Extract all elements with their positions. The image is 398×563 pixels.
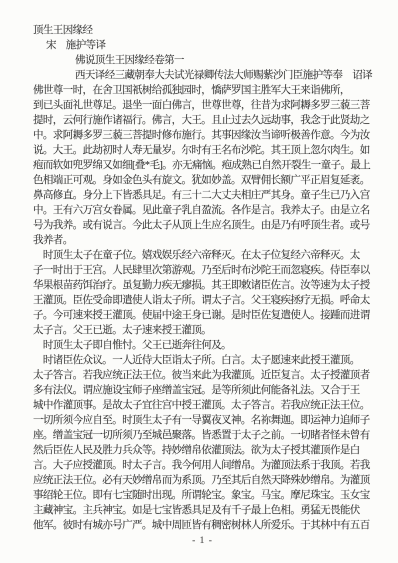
text-line: 中。王有六万宫女眷属。见此童子乳自盈流。各作是言。我养太子。由是立名	[33, 203, 372, 218]
text-line: 座。缯盖宝冠一切所须乃至城邑聚落。皆悉置于太子之前。一切睹者怪未曾有	[33, 428, 372, 443]
text-line: 鼻高修直。身分上下皆悉具足。有三十二大丈夫相庄严其身。童子生已乃入宫	[33, 188, 372, 203]
text-line: 华果根苗药饵治疗。虽复勤力疾无瘳损。其王即敕诸臣佐言。汝等速为太子授	[33, 278, 372, 293]
text-line: 佛世尊一时，在舍卫国祇树给孤独园时，憍萨罗国主胜军大王来诣佛所，	[33, 83, 372, 98]
text-line: 时顶生太子在童子位。嬉戏娱乐经六帝释灭。在太子位复经六帝释灭。太	[33, 248, 372, 263]
text-line: 太子答言。若我应统正法王位。彼当来此为我灌顶。近臣复言。太子授灌顶者	[33, 368, 372, 383]
text-line: 应统正法王位。必有天妙缯帛而为系顶。乃至其后自然天降殊妙缯帛。为灌顶	[33, 473, 372, 488]
text-line: 然后臣佐人民及胜力兵众等。持妙缯帛依灌顶法。欲为太子授其灌顶作是白	[33, 443, 372, 458]
text-line: 色相端正可观。身如金色头有旋文。犹如妙盖。双臂佣长额广平正眉复延袤。	[33, 173, 372, 188]
page-number: - 1 -	[33, 536, 372, 546]
text-line: 疱而软如兜罗绵又如细[叠*毛]。亦无痛恼。疱成熟已自然开裂生一童子。最上	[33, 158, 372, 173]
text-line: 时顶生太子即自惟忖。父王已逝奔往何及。	[33, 338, 372, 353]
text-line: 言。大子应授灌顶。时太子言。我今何用人间缯帛。为灌顶法系于我顶。若我	[33, 458, 372, 473]
text-line: 子一时出于王宫。人民肆里次第游观。乃至后时布沙陀王而忽寝疾。侍臣奉以	[33, 263, 372, 278]
text-line: 王灌顶。臣佐受命即遣使人诣太子所。谓太子言。父王寝疾拯疗无损。呼命太	[33, 293, 372, 308]
text-line: 事绍轮王位。即有七宝随时出现。所谓轮宝。象宝。马宝。摩尼珠宝。玉女宝	[33, 488, 372, 503]
text-line: 时诸臣佐众议。一人近侍大臣诣太子所。白言。太子愿速来此授王灌顶。	[33, 353, 372, 368]
text-line: 中。求阿耨多罗三藐三菩提时修布施行。其事因缘汝当谛听极善作意。今为汝	[33, 128, 372, 143]
text-line: 太子言。父王已逝。太子速来授王灌顶。	[33, 323, 372, 338]
text-line: 号为我养。或有说言。今此太子从顶上生应名顶生。由是乃有呼顶生者。或号	[33, 218, 372, 233]
text-line: 子。今可速来授王灌顶。使届中途王身已谢。是时臣佐复遣使人。接踵而进谓	[33, 308, 372, 323]
text-line: 主藏神宝。主兵神宝。如是七宝皆悉具足及有千子最上色相。勇猛无畏能伏	[33, 503, 372, 518]
scroll-title: 佛说顶生王因缘经卷第一	[75, 53, 372, 68]
text-line: 到已头面礼世尊足。退坐一面白佛言，世尊世尊，往昔为求阿耨多罗三藐三菩	[33, 98, 372, 113]
text-line: 多有法仪。谓应施设宝师子座缯盖宝冠。是等所须此何能备礼法。又合于王	[33, 383, 372, 398]
text-line: 提时，云何行施作诸福行。佛言，大王。且止过去久远劫事，我念于此贤劫之	[33, 113, 372, 128]
text-block: 顶生王因缘经 宋 施护等译 佛说顶生王因缘经卷第一 西天译经三藏朝奉大夫试光禄卿…	[0, 0, 398, 546]
text-line: 城中作灌顶事。是故太子宜往宫中授王灌顶。太子答言。若我应统正法王位。	[33, 398, 372, 413]
imperial-translator-line: 西天译经三藏朝奉大夫试光禄卿传法大师赐紫沙门臣施护等奉 诏译	[75, 68, 372, 83]
sutra-title: 顶生王因缘经	[33, 23, 372, 38]
text-line: 说。大王。此劫初时人寿无量岁。尔时有王名布沙陀。其王顶上忽尔肉生。如	[33, 143, 372, 158]
text-line: 一切所须今应自至。时顶生太子有一导翼夜叉神。名祢舞迦。即运神力追师子	[33, 413, 372, 428]
text-line: 他军。彼时有城亦号广严。城中周匝皆有稠密树林人所爱乐。于其林中有五百	[33, 518, 372, 533]
text-line: 我养者。	[33, 233, 372, 248]
dynasty-translator-byline: 宋 施护等译	[46, 38, 372, 53]
body-text: 佛世尊一时，在舍卫国祇树给孤独园时，憍萨罗国主胜军大王来诣佛所，到已头面礼世尊足…	[33, 83, 372, 533]
scanned-sutra-page: 顶生王因缘经 宋 施护等译 佛说顶生王因缘经卷第一 西天译经三藏朝奉大夫试光禄卿…	[0, 0, 398, 563]
